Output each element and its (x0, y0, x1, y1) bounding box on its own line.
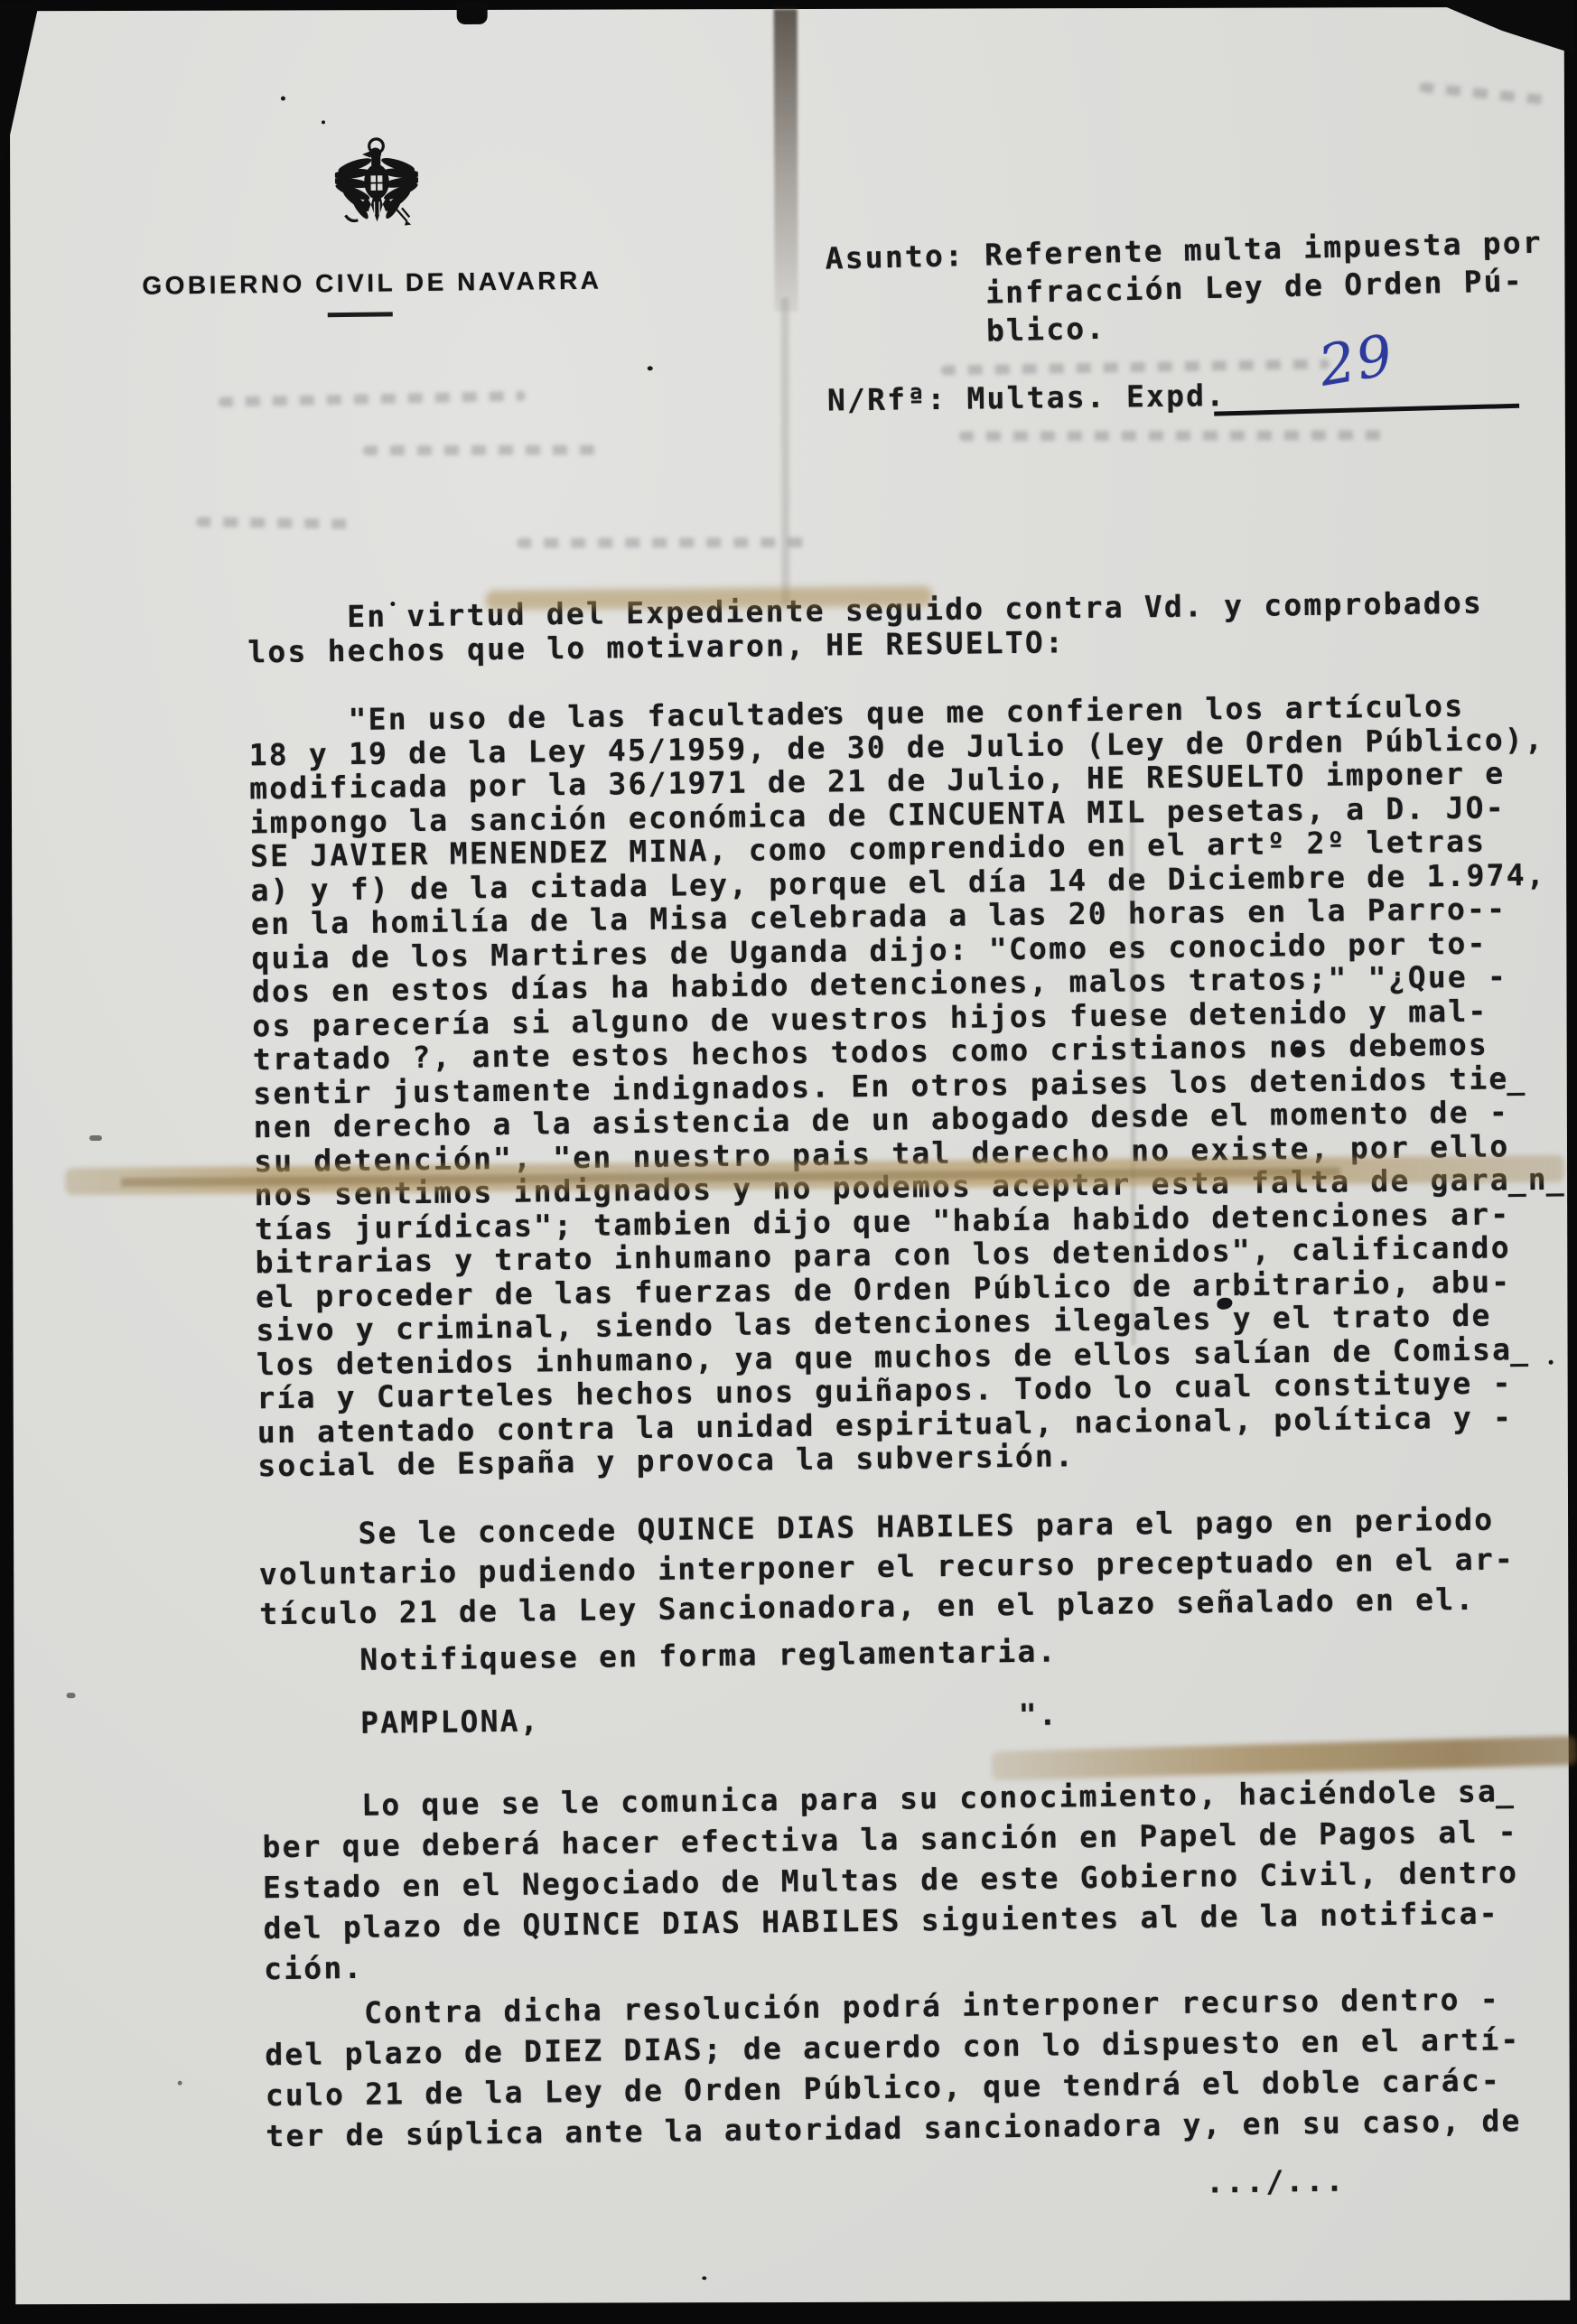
closing-quote-mark: ". (1019, 1694, 1059, 1735)
ink-speck (89, 1135, 102, 1141)
subject-block: Asunto: Referente multa impuesta por inf… (825, 224, 1544, 354)
scan-edge-notch (457, 1, 488, 24)
reference-line: N/Rfª: Multas. Expd. (827, 378, 1227, 417)
ink-speck (648, 366, 653, 370)
ink-speck (825, 706, 828, 710)
paper-sheet: GOBIERNO CIVIL DE NAVARRA Asunto: Refere… (10, 7, 1571, 2304)
document-content: GOBIERNO CIVIL DE NAVARRA Asunto: Refere… (10, 0, 1577, 2311)
ink-speck (281, 96, 285, 100)
paragraph-communication: Lo que se le comunica para su conocimien… (262, 1770, 1520, 1989)
place-line: PAMPLONA, (261, 1701, 540, 1744)
paragraph-appeal: Contra dicha resolución podrá interponer… (264, 1978, 1521, 2156)
paragraph-notification: Notifiquese en forma reglamentaria. (260, 1631, 1058, 1681)
ink-speck (390, 602, 395, 606)
ink-speck (322, 120, 325, 124)
ghost-text-impression (959, 430, 1393, 441)
ink-speck (702, 2276, 706, 2280)
ghost-text-impression (517, 537, 806, 548)
paragraph-resolution: "En uso de las facultades que me confier… (248, 688, 1570, 1483)
eagle-coat-of-arms-icon (334, 134, 419, 247)
expediente-underline-rule (1214, 404, 1519, 416)
ink-speck (67, 1693, 76, 1698)
agency-underline-rule (328, 312, 393, 317)
paragraph-payment-term: Se le concede QUINCE DIAS HABILES para e… (258, 1499, 1516, 1634)
paper-fold-crease (774, 9, 798, 312)
ghost-text-impression (363, 445, 598, 456)
continuation-mark: .../... (1206, 2163, 1346, 2200)
ink-speck (1549, 1360, 1554, 1365)
agency-name: GOBIERNO CIVIL DE NAVARRA (142, 266, 602, 301)
scanned-document-page: { "document": { "header": { "agency": "G… (0, 0, 1577, 2324)
ink-blot (1293, 1047, 1306, 1057)
paper-fold-crease-faint (781, 298, 790, 605)
ink-speck (178, 2081, 182, 2086)
